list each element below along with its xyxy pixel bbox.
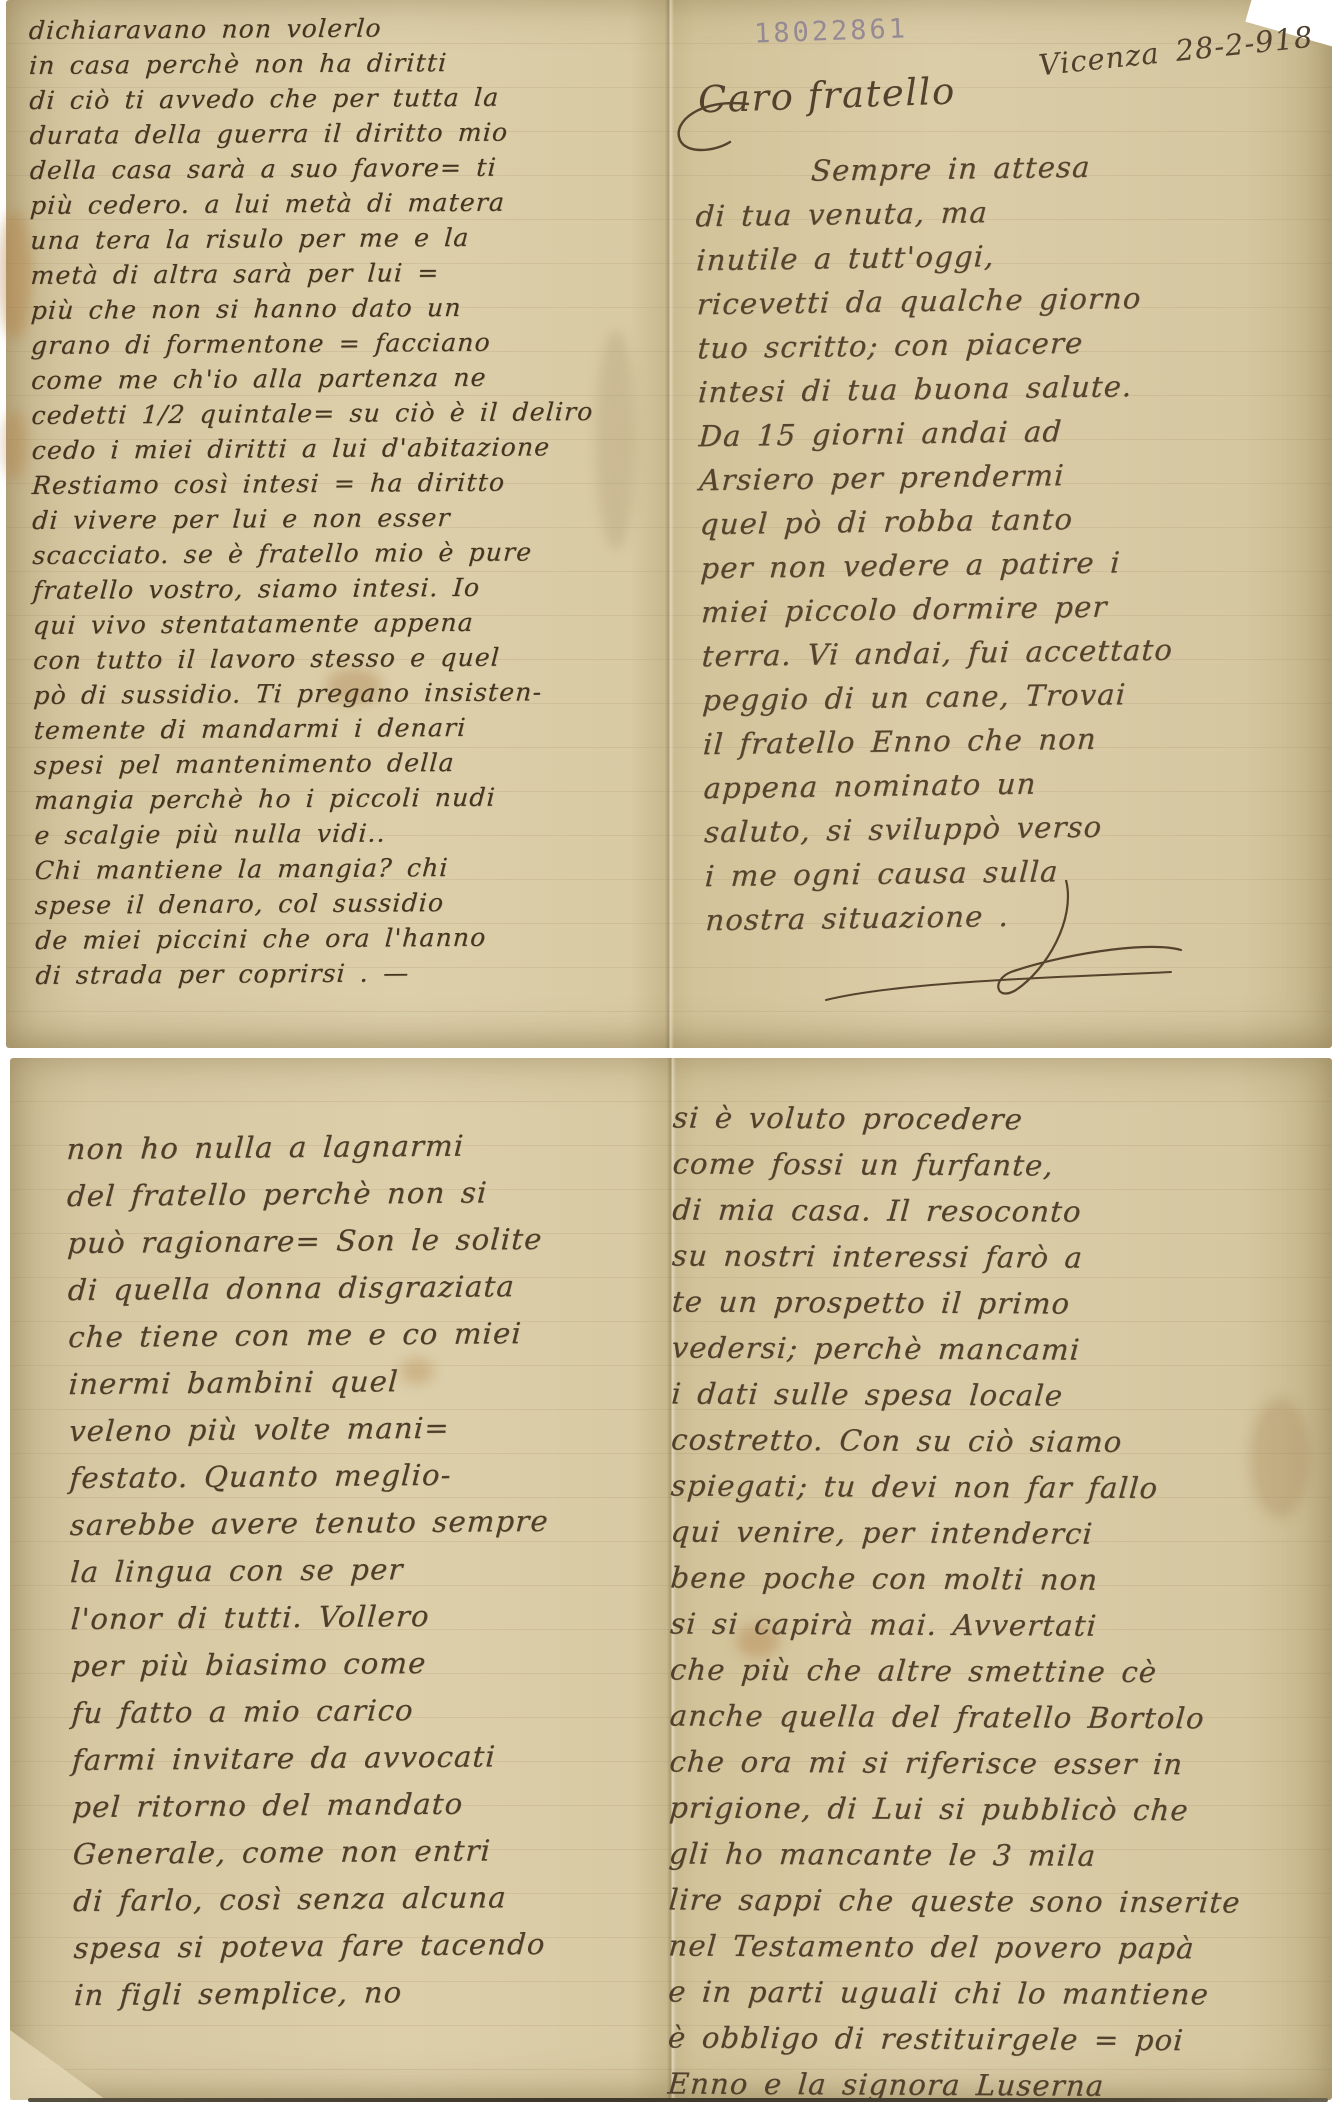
handwritten-line: di farlo, così senza alcuna	[71, 1880, 553, 1931]
handwritten-line: intesi di tua buona salute.	[697, 369, 1171, 420]
handwritten-line: che più che altre smettine cè	[668, 1653, 1243, 1702]
handwritten-line: spesi pel mantenimento della	[33, 747, 597, 786]
handwritten-line: gli ho mancante le 3 mila	[667, 1837, 1242, 1886]
handwritten-line: miei piccolo dormire per	[700, 589, 1174, 640]
handwritten-line: nel Testamento del povero papà	[666, 1929, 1241, 1978]
scan-edge-line	[28, 2098, 1328, 2102]
handwritten-line: tuo scritto; con piacere	[696, 325, 1170, 376]
letter-sheet-bottom: non ho nulla a lagnarmidel fratello perc…	[10, 1058, 1332, 2100]
handwritten-line: spese il denaro, col sussidio	[34, 887, 598, 926]
page3-text-column: non ho nulla a lagnarmidel fratello perc…	[66, 1128, 553, 2025]
handwritten-line: una tera la risulo per me e la	[29, 222, 593, 261]
corner-fold	[10, 2030, 106, 2100]
handwritten-line: può ragionare= Son le solite	[66, 1222, 548, 1273]
handwritten-line: qui venire, per intenderci	[669, 1515, 1244, 1564]
handwritten-line: in figli semplice, no	[72, 1974, 554, 2025]
handwritten-line: ricevetti da qualche giorno	[695, 281, 1169, 332]
handwritten-line: quel pò di robba tanto	[698, 501, 1172, 552]
handwritten-line: cedo i miei diritti a lui d'abitazione	[31, 432, 595, 471]
handwritten-line: i dati sulle spesa locale	[669, 1377, 1244, 1426]
handwritten-line: festato. Quanto meglio-	[68, 1457, 550, 1508]
handwritten-line: spesa si poteva fare tacendo	[72, 1927, 554, 1978]
handwritten-line: pel ritorno del mandato	[71, 1786, 553, 1837]
handwritten-line: nostra situazione .	[704, 897, 1178, 948]
handwritten-line: su nostri interessi farò a	[670, 1239, 1245, 1288]
handwritten-line: Da 15 giorni andai ad	[697, 413, 1171, 464]
handwritten-line: inermi bambini quel	[67, 1363, 549, 1414]
handwritten-line: di quella donna disgraziata	[66, 1269, 548, 1320]
stain	[0, 210, 32, 340]
handwritten-line: cedetti 1/2 quintale= su ciò è il deliro	[30, 397, 594, 436]
handwritten-line: Restiamo così intesi = ha diritto	[31, 467, 595, 506]
stamp-number: 18022861	[754, 13, 909, 49]
handwritten-line: come me ch'io alla partenza ne	[30, 362, 594, 401]
handwritten-line: farmi invitare da avvocati	[70, 1739, 552, 1790]
letter-scan: { "document": { "stamp_number": "1802286…	[0, 0, 1338, 2114]
dateline: Vicenza 28-2-918	[1037, 20, 1315, 83]
handwritten-line: non ho nulla a lagnarmi	[65, 1128, 547, 1179]
handwritten-line: come fossi un furfante,	[671, 1147, 1246, 1196]
handwritten-line: temente di mandarmi i denari	[32, 712, 596, 751]
handwritten-line: di tua venuta, ma	[694, 193, 1168, 244]
handwritten-line: durata della guerra il diritto mio	[28, 117, 592, 156]
handwritten-line: il fratello Enno che non	[702, 721, 1176, 772]
handwritten-line: anche quella del fratello Bortolo	[668, 1699, 1243, 1748]
handwritten-line: e in parti uguali chi lo mantiene	[666, 1975, 1241, 2024]
handwritten-line: spiegati; tu devi non far fallo	[669, 1469, 1244, 1518]
handwritten-line: mangia perchè ho i piccoli nudi	[33, 782, 597, 821]
handwritten-line: costretto. Con su ciò siamo	[669, 1423, 1244, 1472]
handwritten-line: scacciato. se è fratello mio è pure	[31, 537, 595, 576]
greeting: Caro fratello	[697, 70, 956, 122]
handwritten-line: Enno e la signora Luserna	[666, 2067, 1241, 2114]
letter-sheet-top: 18022861 Vicenza 28-2-918 Caro fratello …	[6, 0, 1332, 1048]
handwritten-line: per più biasimo come	[69, 1645, 551, 1696]
handwritten-line: peggio di un cane, Trovai	[701, 677, 1175, 728]
stain	[2, 410, 28, 480]
handwritten-line: lire sappi che queste sono inserite	[667, 1883, 1242, 1932]
handwritten-line: di ciò ti avvedo che per tutta la	[28, 82, 592, 121]
handwritten-line: sarebbe avere tenuto sempre	[68, 1504, 550, 1555]
handwritten-line: inutile a tutt'oggi,	[695, 237, 1169, 288]
handwritten-line: qui vivo stentatamente appena	[32, 607, 596, 646]
handwritten-line: della casa sarà a suo favore= ti	[29, 152, 593, 191]
handwritten-line: saluto, si sviluppò verso	[703, 809, 1177, 860]
handwritten-line: del fratello perchè non si	[65, 1175, 547, 1226]
handwritten-line: appena nominato un	[702, 765, 1176, 816]
handwritten-line: in casa perchè non ha diritti	[28, 47, 592, 86]
handwritten-line: Generale, come non entri	[71, 1833, 553, 1884]
handwritten-line: metà di altra sarà per lui =	[29, 257, 593, 296]
handwritten-line: di mia casa. Il resoconto	[670, 1193, 1245, 1242]
handwritten-line: si è voluto procedere	[671, 1101, 1246, 1150]
handwritten-line: prigione, di Lui si pubblicò che	[667, 1791, 1242, 1840]
page2-text-column: Sempre in attesadi tua venuta, mainutile…	[694, 149, 1176, 948]
handwritten-line: bene poche con molti non	[668, 1561, 1243, 1610]
handwritten-line: veleno più volte mani=	[67, 1410, 549, 1461]
handwritten-line: più che non si hanno dato un	[30, 292, 594, 331]
handwritten-line: grano di formentone = facciano	[30, 327, 594, 366]
handwritten-line: dichiaravano non volerlo	[28, 12, 592, 51]
stain	[596, 330, 636, 550]
handwritten-line: l'onor di tutti. Vollero	[69, 1598, 551, 1649]
handwritten-line: te un prospetto il primo	[670, 1285, 1245, 1334]
handwritten-line: Arsiero per prendermi	[698, 457, 1172, 508]
handwritten-line: Chi mantiene la mangia? chi	[33, 852, 597, 891]
handwritten-line: fu fatto a mio carico	[70, 1692, 552, 1743]
handwritten-line: con tutto il lavoro stesso e quel	[32, 642, 596, 681]
handwritten-line: e scalgie più nulla vidi..	[33, 817, 597, 856]
handwritten-line: per non vedere a patire i	[699, 545, 1173, 596]
handwritten-line: che ora mi si riferisce esser in	[667, 1745, 1242, 1794]
handwritten-line: vedersi; perchè mancami	[670, 1331, 1245, 1380]
handwritten-line: fratello vostro, siamo intesi. Io	[32, 572, 596, 611]
page1-text-column: dichiaravano non volerloin casa perchè n…	[29, 12, 598, 996]
handwritten-line: de miei piccini che ora l'hanno	[34, 922, 598, 961]
handwritten-line: di strada per coprirsi . —	[34, 957, 598, 996]
handwritten-line: più cedero. a lui metà di matera	[29, 187, 593, 226]
handwritten-line: di vivere per lui e non esser	[31, 502, 595, 541]
handwritten-line: Sempre in attesa	[810, 149, 1168, 198]
handwritten-line: si si capirà mai. Avvertati	[668, 1607, 1243, 1656]
page4-text-column: si è voluto procederecome fossi un furfa…	[667, 1101, 1244, 2114]
stain	[1250, 1398, 1310, 1518]
handwritten-line: che tiene con me e co miei	[67, 1316, 549, 1367]
handwritten-line: pò di sussidio. Ti pregano insisten-	[32, 677, 596, 716]
handwritten-line: terra. Vi andai, fui accettato	[700, 633, 1174, 684]
handwritten-line: i me ogni causa sulla	[703, 853, 1177, 904]
handwritten-line: la lingua con se per	[69, 1551, 551, 1602]
fold-crease	[665, 0, 674, 1048]
handwritten-line: è obbligo di restituirgele = poi	[666, 2021, 1241, 2070]
